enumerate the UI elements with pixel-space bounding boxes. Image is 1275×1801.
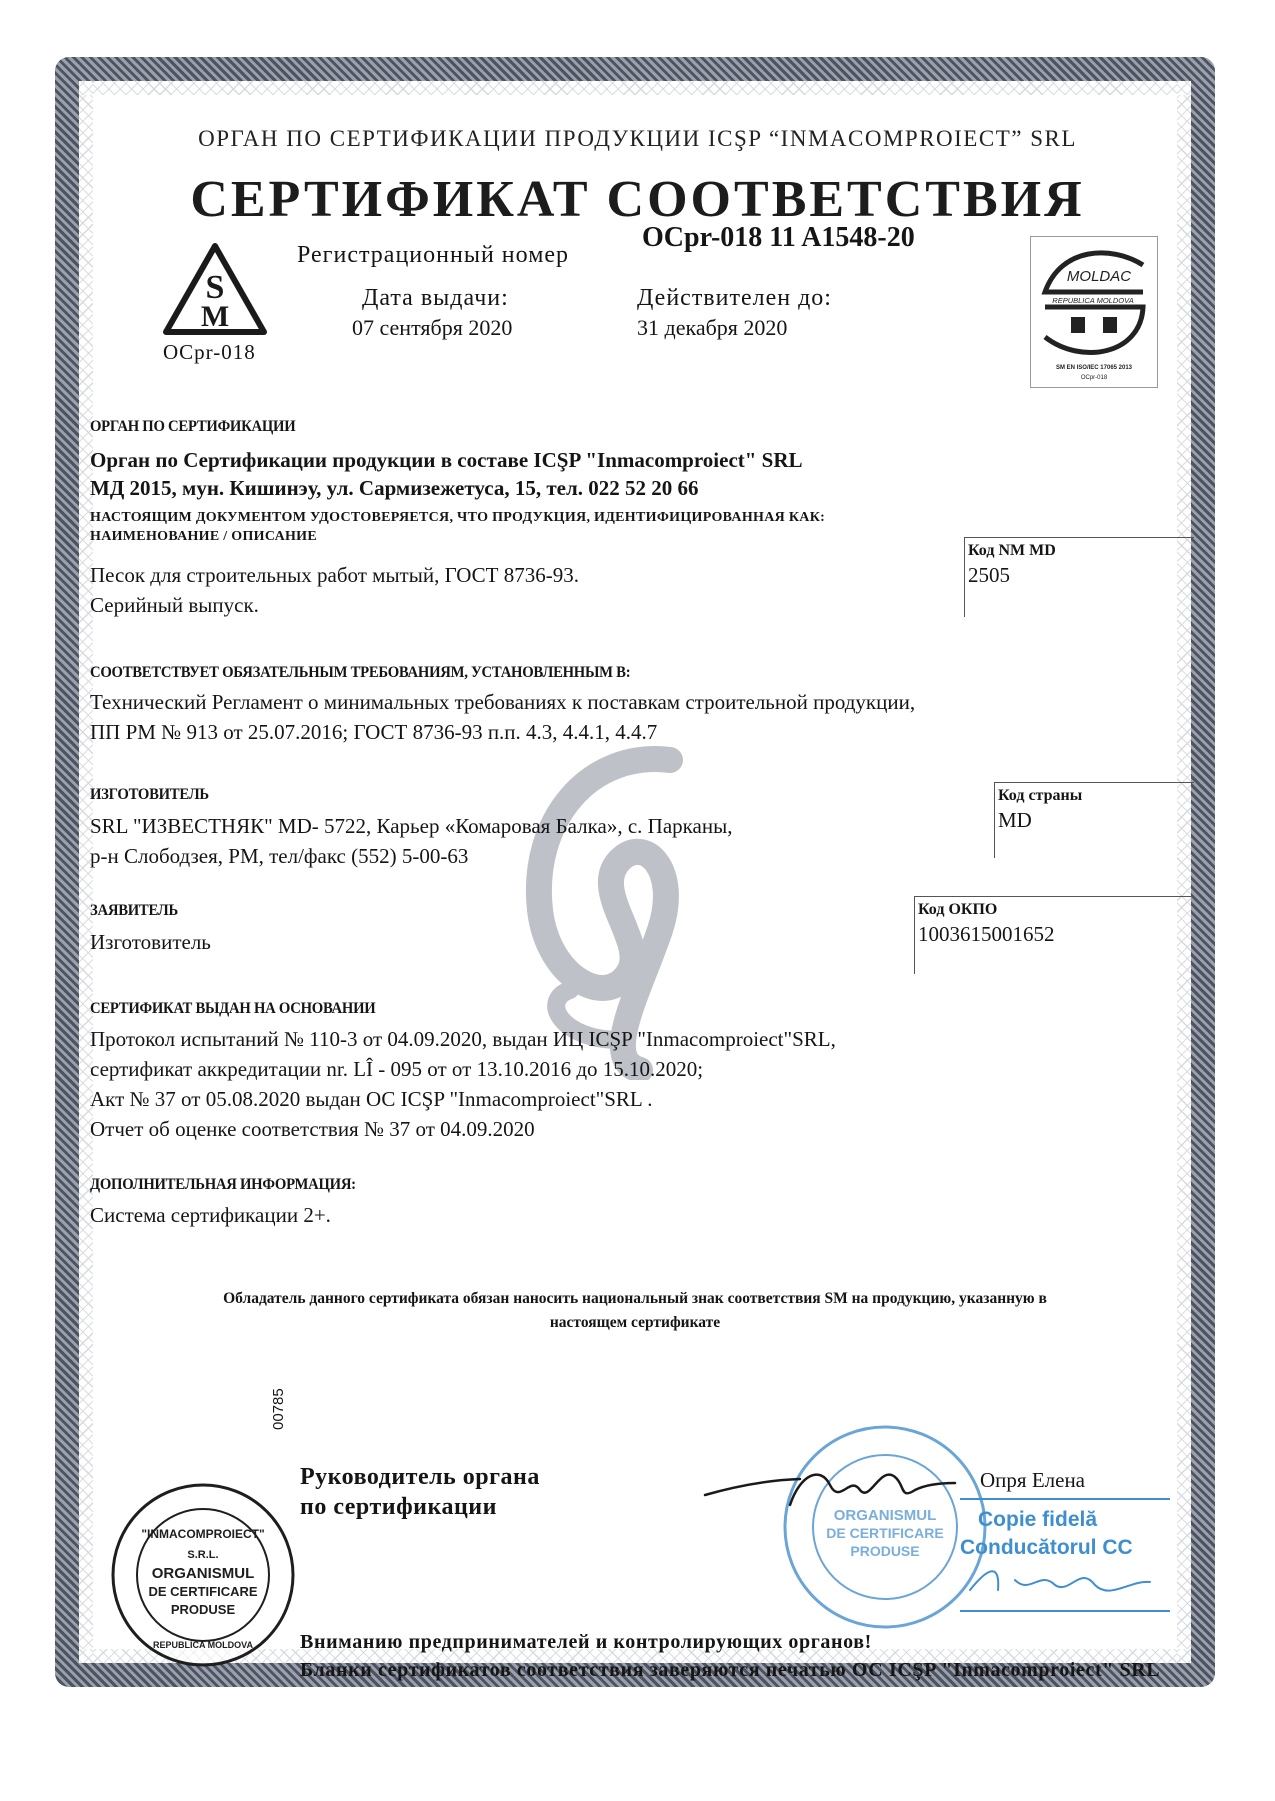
signatory-role-line-2: по сертификации <box>300 1492 540 1522</box>
okpo-code-box: Код ОКПО 1003615001652 <box>914 896 1194 974</box>
product-series: Серийный выпуск. <box>90 593 259 618</box>
product-name-label: НАИМЕНОВАНИЕ / ОПИСАНИЕ <box>90 529 317 545</box>
svg-text:REPUBLICA MOLDOVA: REPUBLICA MOLDOVA <box>153 1640 253 1650</box>
svg-text:DE CERTIFICARE: DE CERTIFICARE <box>148 1584 257 1599</box>
basis-line-1: Протокол испытаний № 110-3 от 04.09.2020… <box>90 1027 836 1052</box>
manufacturer-line-1: SRL "ИЗВЕСТНЯК" MD- 5722, Карьер «Комаро… <box>90 814 732 839</box>
svg-text:MOLDAC: MOLDAC <box>1067 268 1131 285</box>
signatory-role-line-1: Руководитель органа <box>300 1462 540 1492</box>
basis-line-4: Отчет об оценке соответствия № 37 от 04.… <box>90 1117 535 1142</box>
blue-certification-stamp: ORGANISMUL DE CERTIFICARE PRODUSE <box>780 1422 990 1632</box>
manufacturer-label: ИЗГОТОВИТЕЛЬ <box>90 786 209 804</box>
additional-info-label: ДОПОЛНИТЕЛЬНАЯ ИНФОРМАЦИЯ: <box>90 1176 356 1194</box>
footer-warning-line-1: Вниманию предпринимателей и контролирующ… <box>300 1628 1160 1656</box>
certification-body-label: ОРГАН ПО СЕРТИФИКАЦИИ <box>90 418 295 436</box>
svg-text:"INMACOMPROIECT": "INMACOMPROIECT" <box>141 1527 264 1541</box>
nm-md-code-label: Код NM MD <box>968 542 1194 560</box>
svg-text:S.R.L.: S.R.L. <box>187 1549 218 1561</box>
okpo-code-value: 1003615001652 <box>918 922 1194 947</box>
sm-conformity-mark-icon: S M <box>160 240 270 340</box>
svg-text:ORGANISMUL: ORGANISMUL <box>152 1565 255 1582</box>
requirements-line-1: Технический Регламент о минимальных треб… <box>90 690 915 715</box>
svg-text:DE CERTIFICARE: DE CERTIFICARE <box>826 1525 943 1541</box>
true-copy-line-1: Copie fidelă <box>960 1508 1170 1532</box>
applicant-label: ЗАЯВИТЕЛЬ <box>90 902 178 920</box>
document-title: СЕРТИФИКАТ СООТВЕТСТВИЯ <box>0 170 1275 229</box>
svg-text:PRODUSE: PRODUSE <box>850 1543 919 1559</box>
sm-mark-notice-line-2: настоящем сертификате <box>90 1314 1180 1332</box>
black-organization-stamp: "INMACOMPROIECT" S.R.L. ORGANISMUL DE CE… <box>108 1480 298 1670</box>
issuing-organization-header: ОРГАН ПО СЕРТИФИКАЦИИ ПРОДУКЦИИ ICŞP “IN… <box>0 126 1275 152</box>
country-code-value: MD <box>998 808 1194 833</box>
requirements-line-2: ПП РМ № 913 от 25.07.2016; ГОСТ 8736-93 … <box>90 720 657 745</box>
issue-date: 07 сентября 2020 <box>352 315 512 341</box>
registration-number-label: Регистрационный номер <box>297 242 569 269</box>
additional-info-value: Система сертификации 2+. <box>90 1203 331 1228</box>
svg-text:SM EN ISO/IEC 17065 2013: SM EN ISO/IEC 17065 2013 <box>1056 365 1133 371</box>
svg-text:M: M <box>201 300 229 333</box>
basis-line-3: Акт № 37 от 05.08.2020 выдан ОС ICŞP "In… <box>90 1087 652 1112</box>
svg-text:REPUBLICA MOLDOVA: REPUBLICA MOLDOVA <box>1052 296 1133 305</box>
valid-until-label: Действителен до: <box>637 285 832 312</box>
svg-text:OCpr-018: OCpr-018 <box>1081 375 1108 381</box>
nm-md-code-value: 2505 <box>968 563 1194 588</box>
certification-body-name: Орган по Сертификации продукции в состав… <box>90 448 803 473</box>
registration-number: OCpr-018 11 A1548-20 <box>642 222 915 254</box>
signatory-name: Опря Елена <box>980 1468 1085 1493</box>
manufacturer-line-2: р-н Слободзея, РМ, тел/факс (552) 5-00-6… <box>90 844 468 869</box>
true-copy-line-2: Conducătorul CC <box>960 1536 1170 1560</box>
sm-logo-caption: OCpr-018 <box>163 340 256 365</box>
country-code-label: Код страны <box>998 787 1194 805</box>
moldac-accreditation-logo: MOLDAC REPUBLICA MOLDOVA SM EN ISO/IEC 1… <box>1030 236 1158 388</box>
product-description: Песок для строительных работ мытый, ГОСТ… <box>90 563 579 588</box>
applicant-value: Изготовитель <box>90 930 211 955</box>
basis-line-2: сертификат аккредитации nr. LÎ - 095 от … <box>90 1057 703 1082</box>
basis-label: СЕРТИФИКАТ ВЫДАН НА ОСНОВАНИИ <box>90 1000 375 1018</box>
moldac-emblem-icon: MOLDAC REPUBLICA MOLDOVA SM EN ISO/IEC 1… <box>1031 237 1157 387</box>
country-code-box: Код страны MD <box>994 782 1194 858</box>
issue-date-label: Дата выдачи: <box>362 285 509 312</box>
footer-warning: Вниманию предпринимателей и контролирующ… <box>300 1628 1160 1684</box>
handwritten-signature <box>700 1455 960 1525</box>
signatory-role: Руководитель органа по сертификации <box>300 1462 540 1522</box>
svg-text:PRODUSE: PRODUSE <box>171 1602 236 1617</box>
true-copy-stamp: Copie fidelă Conducătorul CC <box>960 1498 1170 1612</box>
valid-until-date: 31 декабря 2020 <box>637 315 787 341</box>
certifies-statement: НАСТОЯЩИМ ДОКУМЕНТОМ УДОСТОВЕРЯЕТСЯ, ЧТО… <box>90 510 825 526</box>
nm-md-code-box: Код NM MD 2505 <box>964 537 1194 617</box>
requirements-label: СООТВЕТСТВУЕТ ОБЯЗАТЕЛЬНЫМ ТРЕБОВАНИЯМ, … <box>90 664 630 682</box>
blank-serial-number: 00785 <box>270 1388 287 1430</box>
copy-stamp-signature <box>960 1560 1160 1600</box>
footer-warning-line-2: Бланки сертификатов соответствия заверяю… <box>300 1656 1160 1684</box>
sm-mark-notice-line-1: Обладатель данного сертификата обязан на… <box>90 1290 1180 1308</box>
certification-body-address: МД 2015, мун. Кишинэу, ул. Сармизежетуса… <box>90 476 699 501</box>
okpo-code-label: Код ОКПО <box>918 901 1194 919</box>
